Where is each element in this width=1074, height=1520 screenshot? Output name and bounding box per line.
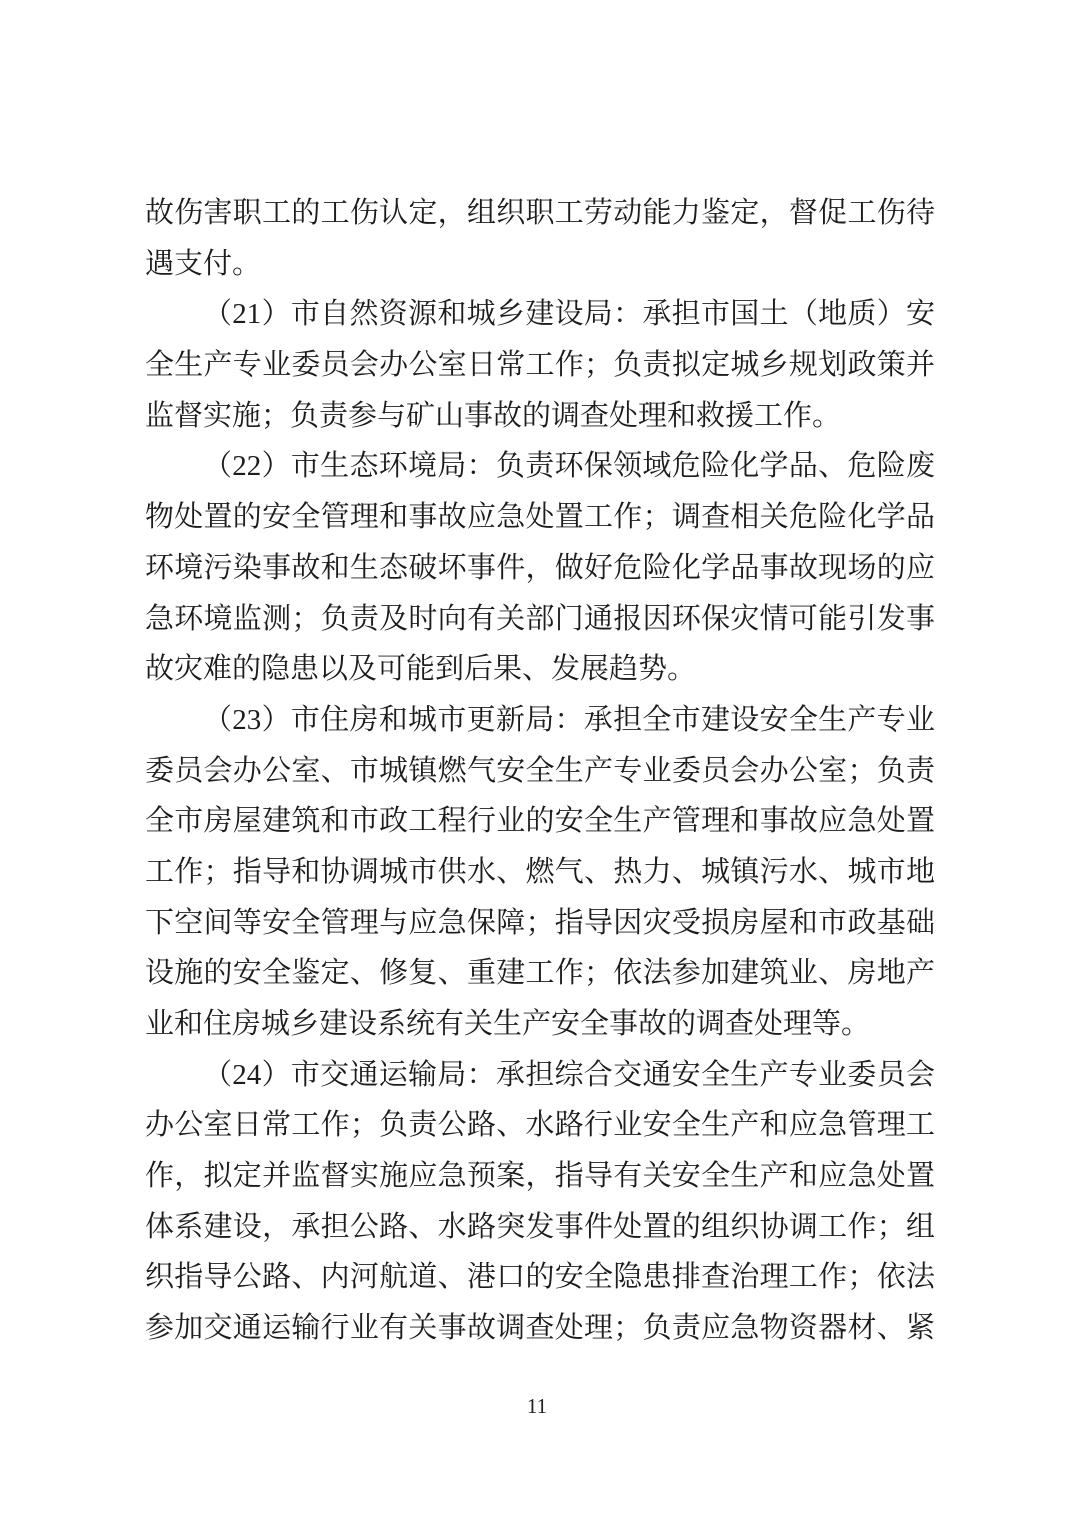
text-line: 物处置的安全管理和事故应急处置工作；调查相关危险化学品 bbox=[145, 492, 935, 543]
paragraph-item-24: （24）市交通运输局：承担综合交通安全生产专业委员会 办公室日常工作；负责公路、… bbox=[145, 1050, 935, 1354]
paragraph-continuation: 故伤害职工的工伤认定，组织职工劳动能力鉴定，督促工伤待 遇支付。 bbox=[145, 188, 935, 289]
text-line: 工作；指导和协调城市供水、燃气、热力、城镇污水、城市地 bbox=[145, 847, 935, 898]
text-line: 办公室日常工作；负责公路、水路行业安全生产和应急管理工 bbox=[145, 1100, 935, 1151]
document-page: 故伤害职工的工伤认定，组织职工劳动能力鉴定，督促工伤待 遇支付。 （21）市自然… bbox=[0, 0, 1074, 1520]
text-line: 业和住房城乡建设系统有关生产安全事故的调查处理等。 bbox=[145, 999, 935, 1050]
text-line: 故灾难的隐患以及可能到后果、发展趋势。 bbox=[145, 644, 935, 695]
text-line: 监督实施；负责参与矿山事故的调查处理和救援工作。 bbox=[145, 391, 935, 442]
body-text: 故伤害职工的工伤认定，组织职工劳动能力鉴定，督促工伤待 遇支付。 （21）市自然… bbox=[145, 188, 935, 1354]
paragraph-item-23: （23）市住房和城市更新局：承担全市建设安全生产专业 委员会办公室、市城镇燃气安… bbox=[145, 695, 935, 1050]
page-number: 11 bbox=[0, 1392, 1074, 1420]
text-line: 委员会办公室、市城镇燃气安全生产专业委员会办公室；负责 bbox=[145, 746, 935, 797]
text-line: 织指导公路、内河航道、港口的安全隐患排查治理工作；依法 bbox=[145, 1252, 935, 1303]
text-line: 设施的安全鉴定、修复、重建工作；依法参加建筑业、房地产 bbox=[145, 948, 935, 999]
text-line: 参加交通运输行业有关事故调查处理；负责应急物资器材、紧 bbox=[145, 1303, 935, 1354]
text-line: 急环境监测；负责及时向有关部门通报因环保灾情可能引发事 bbox=[145, 594, 935, 645]
text-line: （22）市生态环境局：负责环保领域危险化学品、危险废 bbox=[145, 441, 935, 492]
paragraph-item-21: （21）市自然资源和城乡建设局：承担市国土（地质）安 全生产专业委员会办公室日常… bbox=[145, 289, 935, 441]
text-line: 全市房屋建筑和市政工程行业的安全生产管理和事故应急处置 bbox=[145, 796, 935, 847]
text-line: （23）市住房和城市更新局：承担全市建设安全生产专业 bbox=[145, 695, 935, 746]
text-line: 体系建设，承担公路、水路突发事件处置的组织协调工作；组 bbox=[145, 1202, 935, 1253]
text-line: 全生产专业委员会办公室日常工作；负责拟定城乡规划政策并 bbox=[145, 340, 935, 391]
paragraph-item-22: （22）市生态环境局：负责环保领域危险化学品、危险废 物处置的安全管理和事故应急… bbox=[145, 441, 935, 694]
text-line: （21）市自然资源和城乡建设局：承担市国土（地质）安 bbox=[145, 289, 935, 340]
text-line: （24）市交通运输局：承担综合交通安全生产专业委员会 bbox=[145, 1050, 935, 1101]
text-line: 故伤害职工的工伤认定，组织职工劳动能力鉴定，督促工伤待 bbox=[145, 188, 935, 239]
text-line: 作，拟定并监督实施应急预案，指导有关安全生产和应急处置 bbox=[145, 1151, 935, 1202]
text-line: 环境污染事故和生态破坏事件，做好危险化学品事故现场的应 bbox=[145, 543, 935, 594]
text-line: 遇支付。 bbox=[145, 239, 935, 290]
text-line: 下空间等安全管理与应急保障；指导因灾受损房屋和市政基础 bbox=[145, 898, 935, 949]
